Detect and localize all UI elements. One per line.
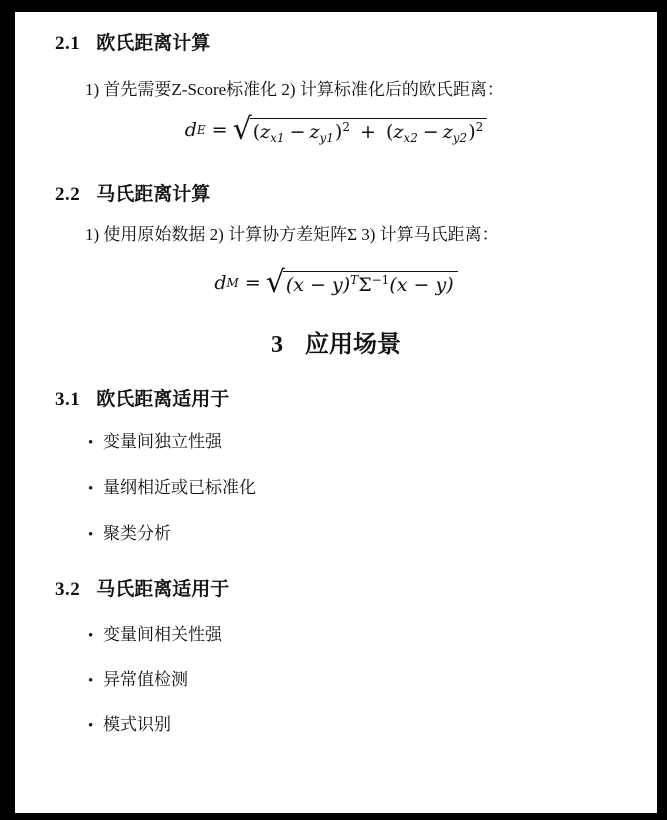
list-item: •异常值检测 xyxy=(88,668,657,693)
math-variable-d: d xyxy=(185,119,197,141)
section-title: 欧氏距离适用于 xyxy=(96,389,229,410)
math-variable-z: z xyxy=(260,121,270,143)
paragraph-2-1: 1) 首先需要Z-Score标准化 2) 计算标准化后的欧氏距离： xyxy=(85,78,657,102)
section-number: 3.1 xyxy=(55,389,80,410)
section-title: 应用场景 xyxy=(305,332,401,358)
heading-3-1: 3.1欧氏距离适用于 xyxy=(55,388,657,412)
heading-3: 3应用场景 xyxy=(15,330,657,360)
math-subscript: x2 xyxy=(403,131,417,145)
paragraph-2-2: 1) 使用原始数据 2) 计算协方差矩阵Σ 3) 计算马氏距离： xyxy=(85,223,657,247)
plus-sign: + xyxy=(360,121,376,143)
math-inverse-exponent: −1 xyxy=(372,273,390,287)
list-item: •模式识别 xyxy=(88,713,657,738)
bullet-icon: • xyxy=(88,523,103,547)
list-item: •变量间相关性强 xyxy=(88,623,657,648)
section-number: 3.2 xyxy=(55,579,80,600)
bullet-list-euclidean-uses: •变量间独立性强 •量纲相近或已标准化 •聚类分析 xyxy=(88,430,657,547)
section-title: 欧氏距离计算 xyxy=(96,33,210,54)
bullet-icon: • xyxy=(88,669,103,693)
list-item-text: 变量间相关性强 xyxy=(103,623,222,647)
radical-sign: √ xyxy=(266,270,285,295)
section-title: 马氏距离计算 xyxy=(96,184,210,205)
section-title: 马氏距离适用于 xyxy=(96,579,229,600)
math-transpose-exponent: T xyxy=(350,273,358,287)
heading-2-1: 2.1欧氏距离计算 xyxy=(55,32,657,56)
list-item: •量纲相近或已标准化 xyxy=(88,476,657,501)
list-item-text: 变量间独立性强 xyxy=(103,430,222,454)
math-difference-term: (x − y) xyxy=(286,274,350,296)
math-subscript: x1 xyxy=(270,131,284,145)
bullet-icon: • xyxy=(88,624,103,648)
math-subscript: y1 xyxy=(320,131,334,145)
square-root: √ (x − y)TΣ−1(x − y) xyxy=(266,271,458,296)
list-item: •聚类分析 xyxy=(88,522,657,547)
math-exponent: 2 xyxy=(476,120,484,134)
math-variable-z: z xyxy=(443,121,453,143)
radicand: (zx1−zy1)2 + (zx2−zy2)2 xyxy=(250,118,488,143)
section-number: 2.1 xyxy=(55,33,80,54)
heading-3-2: 3.2马氏距离适用于 xyxy=(55,578,657,602)
math-subscript: y2 xyxy=(453,131,467,145)
document-page: 2.1欧氏距离计算 1) 首先需要Z-Score标准化 2) 计算标准化后的欧氏… xyxy=(15,12,657,813)
list-item-text: 异常值检测 xyxy=(103,668,188,692)
heading-2-2: 2.2马氏距离计算 xyxy=(55,183,657,207)
list-item-text: 聚类分析 xyxy=(103,522,171,546)
math-difference-term: (x − y) xyxy=(389,274,453,296)
minus-sign: − xyxy=(423,121,439,143)
math-sigma: Σ xyxy=(358,274,371,296)
bullet-icon: • xyxy=(88,714,103,738)
list-item-text: 模式识别 xyxy=(103,713,171,737)
math-exponent: 2 xyxy=(342,120,350,134)
equals-sign: = xyxy=(245,272,261,294)
bullet-icon: • xyxy=(88,431,103,455)
list-item-text: 量纲相近或已标准化 xyxy=(103,476,256,500)
math-variable-z: z xyxy=(393,121,403,143)
formula-euclidean-distance: dE = √ (zx1−zy1)2 + (zx2−zy2)2 xyxy=(15,108,657,152)
list-item: •变量间独立性强 xyxy=(88,430,657,455)
equals-sign: = xyxy=(212,119,228,141)
radicand: (x − y)TΣ−1(x − y) xyxy=(283,271,458,296)
bullet-icon: • xyxy=(88,477,103,501)
section-number: 2.2 xyxy=(55,184,80,205)
close-paren: ) xyxy=(468,121,475,143)
section-number: 3 xyxy=(271,332,283,358)
math-variable-z: z xyxy=(309,121,319,143)
square-root: √ (zx1−zy1)2 + (zx2−zy2)2 xyxy=(233,118,488,143)
radical-sign: √ xyxy=(233,117,252,142)
formula-mahalanobis-distance: dM = √ (x − y)TΣ−1(x − y) xyxy=(15,261,657,305)
minus-sign: − xyxy=(290,121,306,143)
bullet-list-mahalanobis-uses: •变量间相关性强 •异常值检测 •模式识别 xyxy=(88,623,657,738)
math-variable-d: d xyxy=(214,272,226,294)
